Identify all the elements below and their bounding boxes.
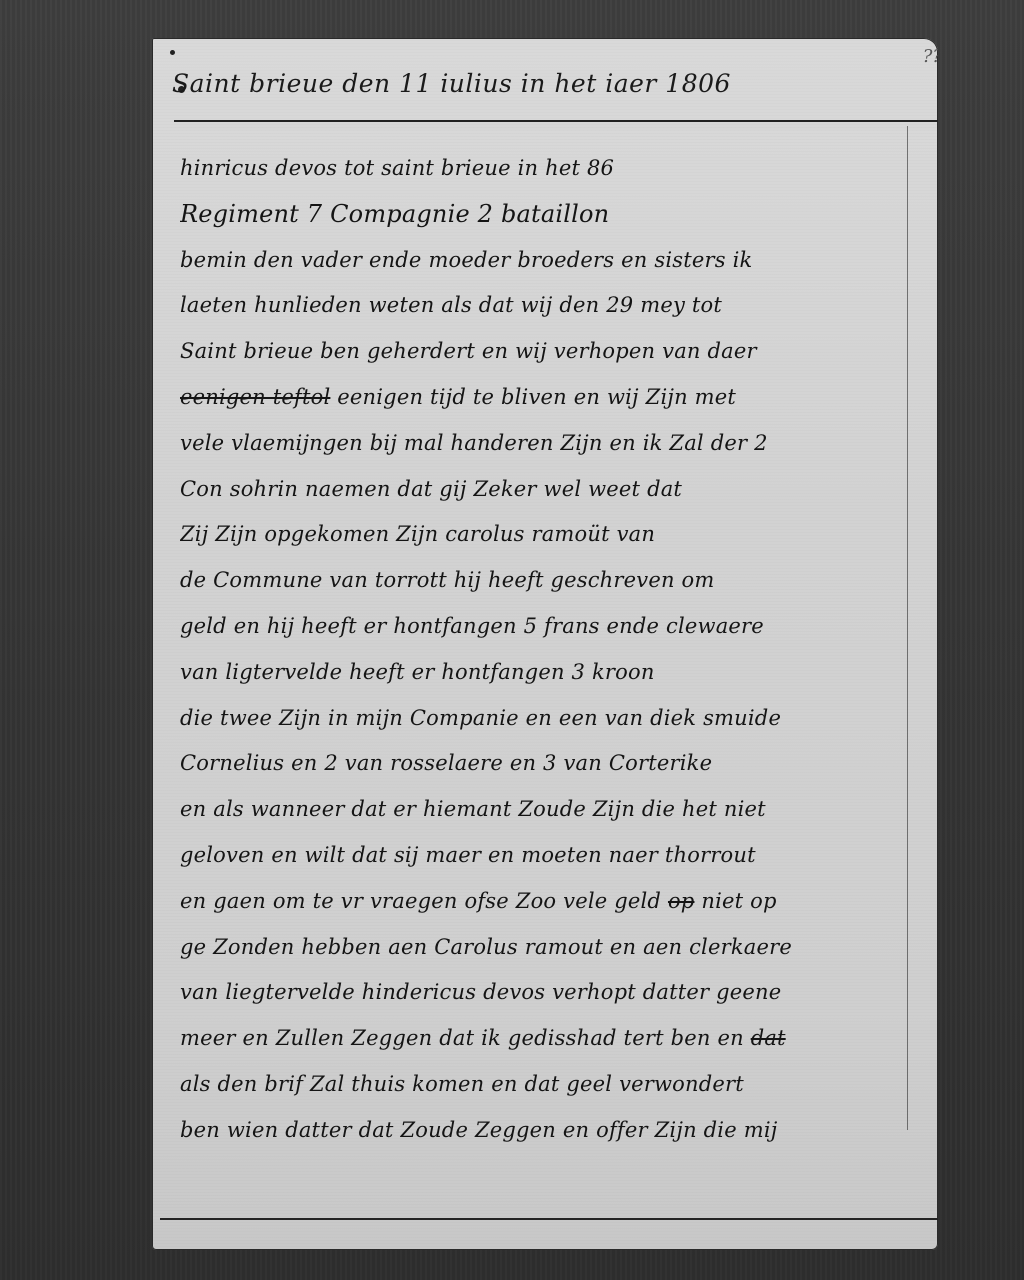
- line-text: eenigen tijd te bliven en wij Zijn met: [330, 385, 736, 409]
- line-text: en gaen om te vr vraegen ofse Zoo vele g…: [180, 889, 668, 913]
- struck-text: op: [668, 889, 695, 913]
- margin-line: [907, 126, 909, 1130]
- struck-text: eenigen teftol: [180, 385, 330, 409]
- letter-line: bemin den vader ende moeder broeders en …: [180, 238, 900, 284]
- letter-line: Zij Zijn opgekomen Zijn carolus ramoüt v…: [180, 512, 900, 558]
- letter-line: van ligtervelde heeft er hontfangen 3 kr…: [180, 650, 900, 696]
- letter-line: Regiment 7 Compagnie 2 bataillon: [180, 192, 900, 238]
- letter-line: als den brif Zal thuis komen en dat geel…: [180, 1062, 900, 1108]
- letter-line: ben wien datter dat Zoude Zeggen en offe…: [180, 1108, 900, 1154]
- struck-text: dat: [751, 1026, 786, 1050]
- letter-page: Saint brieue den 11 iulius in het iaer 1…: [152, 38, 938, 1250]
- letter-body: hinricus devos tot saint brieue in het 8…: [180, 146, 900, 1154]
- line-text: meer en Zullen Zeggen dat ik gedisshad t…: [180, 1026, 751, 1050]
- letter-line: ge Zonden hebben aen Carolus ramout en a…: [180, 925, 900, 971]
- letter-line: en gaen om te vr vraegen ofse Zoo vele g…: [180, 879, 900, 925]
- letter-line: van liegtervelde hindericus devos verhop…: [180, 970, 900, 1016]
- letter-line: Con sohrin naemen dat gij Zeker wel weet…: [180, 467, 900, 513]
- letter-line: vele vlaemijngen bij mal handeren Zijn e…: [180, 421, 900, 467]
- letter-line: geloven en wilt dat sij maer en moeten n…: [180, 833, 900, 879]
- letter-line: eenigen teftol eenigen tijd te bliven en…: [180, 375, 900, 421]
- letter-line: meer en Zullen Zeggen dat ik gedisshad t…: [180, 1016, 900, 1062]
- footer-rule: [160, 1218, 938, 1220]
- corner-mark: ??: [923, 46, 938, 67]
- header-rule: [174, 120, 938, 122]
- letter-header: Saint brieue den 11 iulius in het iaer 1…: [172, 69, 731, 98]
- letter-line: en als wanneer dat er hiemant Zoude Zijn…: [180, 787, 900, 833]
- ink-dot: [170, 50, 175, 55]
- letter-line: geld en hij heeft er hontfangen 5 frans …: [180, 604, 900, 650]
- line-text: niet op: [694, 889, 776, 913]
- letter-line: laeten hunlieden weten als dat wij den 2…: [180, 283, 900, 329]
- letter-line: Cornelius en 2 van rosselaere en 3 van C…: [180, 741, 900, 787]
- letter-line: hinricus devos tot saint brieue in het 8…: [180, 146, 900, 192]
- letter-line: de Commune van torrott hij heeft geschre…: [180, 558, 900, 604]
- letter-line: die twee Zijn in mijn Companie en een va…: [180, 696, 900, 742]
- letter-line: Saint brieue ben geherdert en wij verhop…: [180, 329, 900, 375]
